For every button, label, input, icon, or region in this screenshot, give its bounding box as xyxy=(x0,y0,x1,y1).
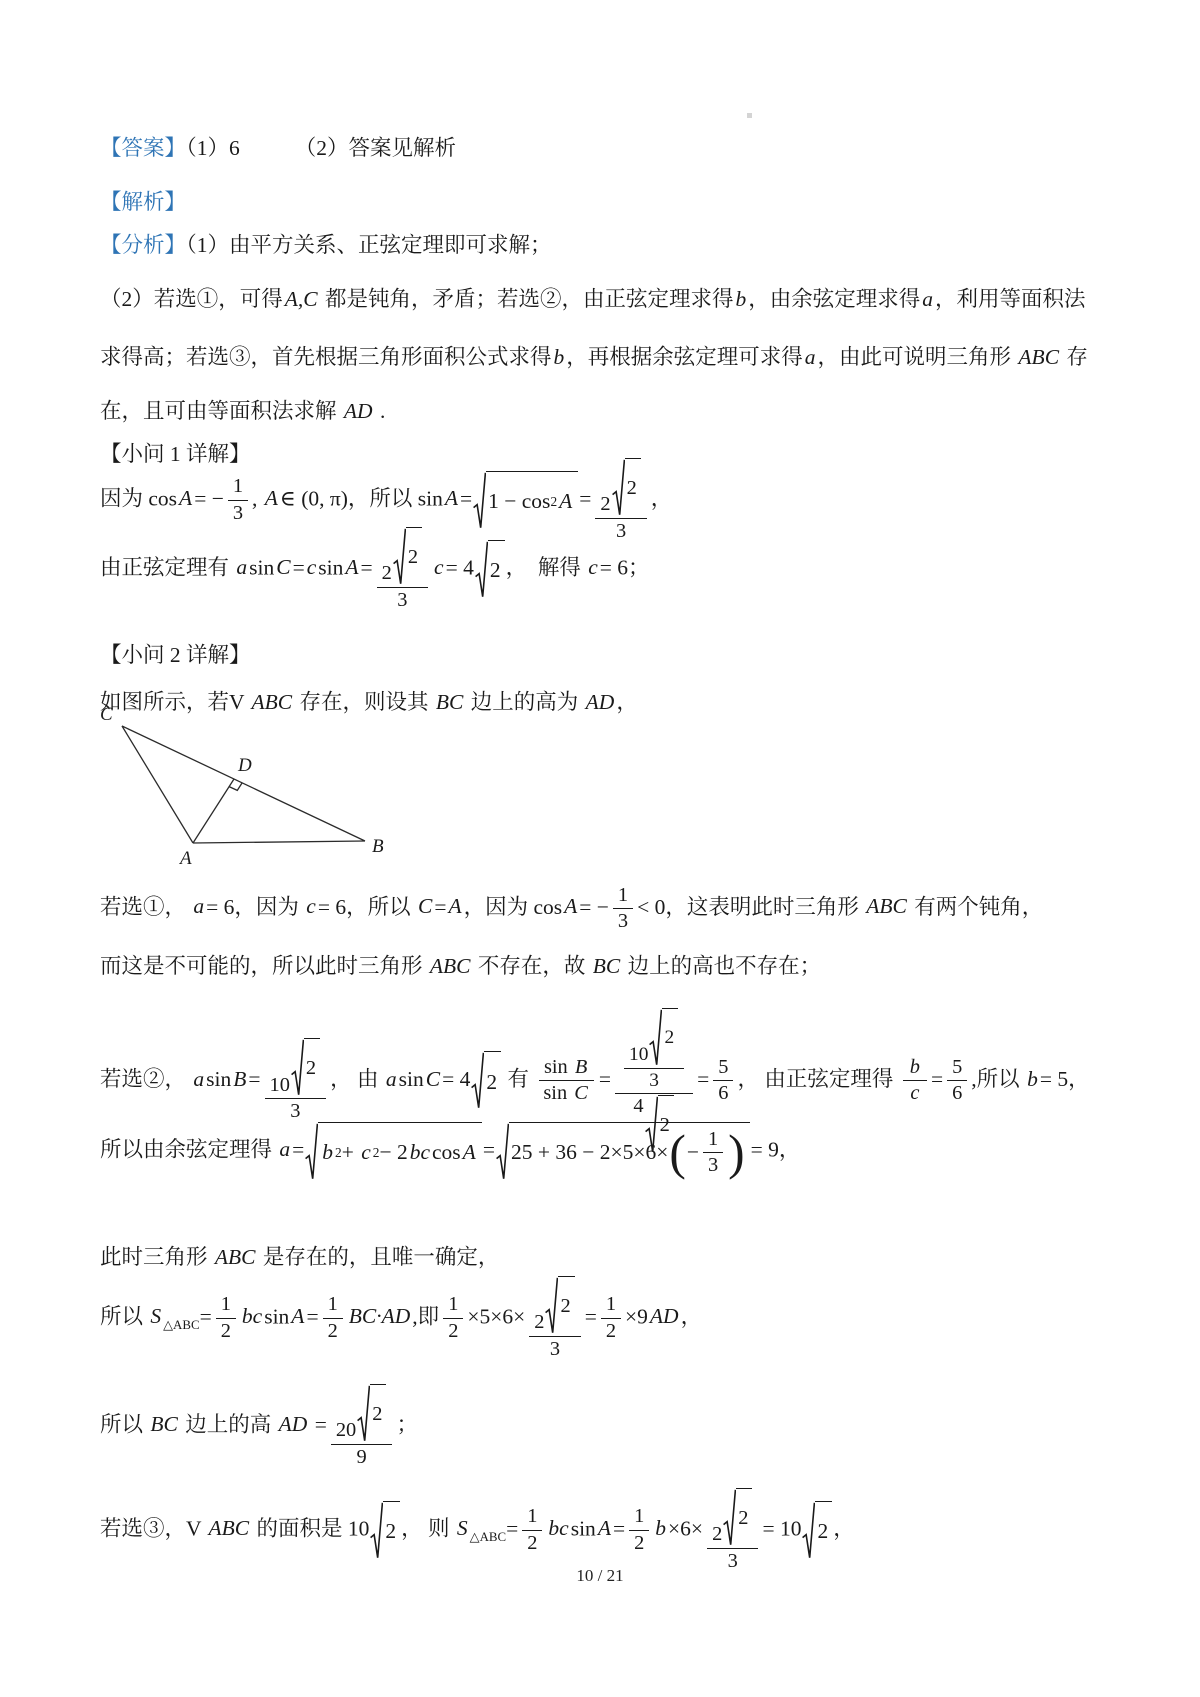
big-paren: ) xyxy=(728,1133,744,1173)
numerator: 22 xyxy=(707,1488,758,1549)
numerator: 22 xyxy=(529,1276,580,1337)
option3-line: 若选③，V ABC 的面积是 102， 则 S△ABC=12bcsinA=12b… xyxy=(100,1488,855,1574)
side-CB xyxy=(122,726,365,841)
text-run: ，再根据余弦定理可求得 xyxy=(566,345,803,369)
fraction: sin Bsin C xyxy=(538,1056,595,1106)
denominator: c xyxy=(903,1081,926,1105)
square-root: 2 xyxy=(723,1488,752,1547)
exists-line: 此时三角形 ABC 是存在的，且唯一确定， xyxy=(100,1243,499,1272)
text-run: ×5×6× xyxy=(467,1304,525,1328)
math-variable: S xyxy=(455,1516,470,1540)
text-run: 3 xyxy=(550,1338,560,1361)
math-variable: C xyxy=(274,555,292,579)
fraction: 223 xyxy=(377,527,428,613)
text-run: ； xyxy=(396,1412,418,1436)
radical-sign xyxy=(545,1276,558,1335)
radical-sign xyxy=(291,1038,304,1097)
math-variable: AD xyxy=(648,1304,681,1328)
text-run: ,即 xyxy=(412,1304,439,1328)
denominator: 9 xyxy=(352,1445,372,1469)
text-run: 2 xyxy=(372,1403,382,1426)
section-label: 【答案】 xyxy=(100,136,186,160)
text-run: 有 xyxy=(502,1067,534,1091)
denominator: 2 xyxy=(601,1319,621,1343)
radicand: 2 xyxy=(383,1501,400,1560)
text-run: = xyxy=(306,1304,318,1328)
text-run: 2 xyxy=(817,1517,828,1546)
square-root: 2 xyxy=(471,1051,501,1110)
text-run: = 5， xyxy=(1040,1067,1090,1091)
text-run: 存 xyxy=(1061,345,1088,369)
square-root: 2 xyxy=(357,1384,386,1443)
fraction: 12 xyxy=(216,1293,236,1343)
numerator: b xyxy=(903,1056,927,1081)
fraction: 56 xyxy=(947,1056,967,1106)
denominator: 3 xyxy=(644,1069,664,1092)
radical-sign xyxy=(370,1501,383,1560)
text-run: 是存在的，且唯一确定， xyxy=(258,1245,500,1269)
text-run: 25 + 36 − 2×5×6× xyxy=(511,1138,668,1167)
numerator: 1 xyxy=(703,1128,723,1153)
radical-sign xyxy=(357,1384,370,1443)
text-run: ×9 xyxy=(625,1304,648,1328)
text-run: 1 xyxy=(527,1505,537,1528)
text-run: sin xyxy=(543,1082,572,1105)
math-variable: a xyxy=(803,345,818,369)
cosine-rule-line: 所以由余弦定理得 a=b2+ c2− 2bccosA=25 + 36 − 2×5… xyxy=(100,1122,800,1181)
page-number: 10 / 21 xyxy=(0,1566,1200,1586)
math-variable: BC xyxy=(434,690,465,714)
text-run: 3 xyxy=(649,1070,659,1092)
fraction: 12 xyxy=(601,1293,621,1343)
text-run: 而这是不可能的，所以此时三角形 xyxy=(100,954,428,978)
text-run: 1 xyxy=(618,884,628,907)
text-run: ， xyxy=(616,690,638,714)
text-run: = xyxy=(585,1304,597,1328)
text-run: 2 xyxy=(664,1027,674,1049)
text-run: 边上的高为 xyxy=(465,690,583,714)
text-run: 3 xyxy=(618,910,628,933)
denominator: 3 xyxy=(703,1153,723,1177)
analysis-line-4: 在，且可由等面积法求解 AD . xyxy=(100,397,385,426)
math-variable: c xyxy=(304,894,318,918)
text-run: 5 xyxy=(952,1056,962,1079)
text-run: 10 xyxy=(270,1074,290,1097)
option1-line-1: 若选①， a= 6，因为 c= 6，所以 C=A，因为 cosA= −13< 0… xyxy=(100,884,1043,934)
text-run: 2 xyxy=(738,1507,748,1530)
section-label: 【解析】 xyxy=(100,190,186,214)
math-variable: C xyxy=(572,1082,590,1105)
text-run: 1 − cos xyxy=(488,487,550,516)
radical-sign xyxy=(473,471,486,530)
square-root: 2 xyxy=(802,1501,832,1560)
math-variable: ABC xyxy=(1016,345,1061,369)
denominator: 2 xyxy=(323,1319,343,1343)
radicand: 2 xyxy=(370,1384,386,1443)
math-variable: b xyxy=(653,1516,668,1540)
text-run: = xyxy=(293,555,305,579)
text-run: 2 xyxy=(448,1320,458,1343)
radicand: 2 xyxy=(662,1008,678,1067)
section-label: 【分析】 xyxy=(100,233,186,257)
text-run: = xyxy=(292,1137,304,1161)
text-run: 1 xyxy=(448,1293,458,1316)
text-run: − xyxy=(687,1138,699,1167)
math-variable: BC xyxy=(148,1412,179,1436)
analysis-line-3: 求得高；若选③，首先根据三角形面积公式求得b，再根据余弦定理可求得a，由此可说明… xyxy=(100,343,1088,372)
numerator: sin B xyxy=(539,1056,594,1081)
radicand: b2+ c2− 2bccosA xyxy=(318,1122,482,1181)
text-run: sin xyxy=(249,555,274,579)
text-run: 2 xyxy=(712,1523,722,1546)
vertex-label-A: A xyxy=(178,848,192,869)
math-variable: b xyxy=(908,1056,922,1079)
text-run: 若选②， xyxy=(100,1067,191,1091)
radical-sign xyxy=(305,1122,318,1181)
text-run: = − xyxy=(194,486,224,510)
text-run: 1 xyxy=(708,1128,718,1151)
numerator: 1023 xyxy=(615,1008,693,1094)
answer-line: 【答案】（1）6（2）答案见解析 xyxy=(100,134,456,163)
text-run: 2 xyxy=(627,477,637,500)
vertex-label-D: D xyxy=(237,755,252,776)
text-run: 1 xyxy=(606,1293,616,1316)
scan-artifact-dot xyxy=(747,113,752,118)
text-run: sin xyxy=(264,1304,289,1328)
analysis-line-1: 【分析】（1）由平方关系、正弦定理即可求解； xyxy=(100,231,552,260)
text-run: ∈ (0, π) xyxy=(280,486,348,510)
math-variable: BC xyxy=(591,954,622,978)
fraction: 13 xyxy=(228,475,248,525)
math-variable: A xyxy=(596,1516,613,1540)
math-variable: C xyxy=(424,1067,442,1091)
text-run: 在，且可由等面积法求解 xyxy=(100,399,342,423)
math-variable: BC·AD xyxy=(347,1304,413,1328)
numerator: 1 xyxy=(522,1505,542,1530)
text-run: = 4 xyxy=(446,555,474,579)
numerator: 1 xyxy=(629,1505,649,1530)
math-variable: AD xyxy=(342,399,375,423)
subscript: △ABC xyxy=(470,1530,506,1544)
text-run: 6 xyxy=(718,1082,728,1105)
square-root: 1 − cos2A xyxy=(473,471,578,530)
radical-sign xyxy=(612,458,625,517)
side-CA xyxy=(122,726,193,843)
text-run: = xyxy=(248,1067,260,1091)
text-run: sin xyxy=(318,555,343,579)
subscript: △ABC xyxy=(163,1318,199,1332)
text-run: ，因为 cos xyxy=(464,894,563,918)
text-run: 的面积是 10 xyxy=(251,1516,369,1540)
text-run: 2 xyxy=(600,493,610,516)
math-variable: A xyxy=(446,894,463,918)
text-run: 若选①， xyxy=(100,894,191,918)
vertex-label-C: C xyxy=(100,704,113,725)
math-variable: A xyxy=(177,486,194,510)
text-run: = 6，因为 xyxy=(206,894,304,918)
math-variable: a xyxy=(191,894,206,918)
text-run: 4 xyxy=(633,1095,643,1118)
superscript: 2 xyxy=(335,1144,342,1162)
square-root: 2 xyxy=(649,1008,678,1067)
square-root: 2 xyxy=(393,527,422,586)
text-run: = xyxy=(599,1067,611,1091)
side-AB xyxy=(193,841,365,843)
text-run: = 9， xyxy=(751,1137,801,1161)
radicand: 1 − cos2A xyxy=(486,471,578,530)
numerator: 22 xyxy=(595,458,646,519)
fraction: 12 xyxy=(522,1505,542,1555)
denominator: 6 xyxy=(713,1081,733,1105)
radicand: 2 xyxy=(488,540,505,599)
denominator: 3 xyxy=(613,909,633,933)
text-run: = xyxy=(200,1304,212,1328)
superscript: 2 xyxy=(550,493,557,511)
text-run: ， xyxy=(681,1304,703,1328)
numerator: 102 xyxy=(265,1038,327,1099)
text-run: = xyxy=(579,486,591,510)
text-run: 边上的高也不存在； xyxy=(622,954,821,978)
numerator: 1 xyxy=(323,1293,343,1318)
numerator: 102 xyxy=(624,1008,684,1069)
text-run: 2 xyxy=(328,1320,338,1343)
numerator: 202 xyxy=(331,1384,393,1445)
math-variable: c xyxy=(908,1082,921,1105)
text-run: 都是钝角，矛盾；若选②，由正弦定理求得 xyxy=(320,287,734,311)
denominator: 6 xyxy=(947,1081,967,1105)
analysis-header: 【解析】 xyxy=(100,188,186,217)
part2-title: 【小问 2 详解】 xyxy=(100,641,251,670)
math-variable: a xyxy=(234,555,249,579)
math-variable: A xyxy=(461,1138,478,1167)
text-run: 1 xyxy=(634,1505,644,1528)
math-variable: A xyxy=(289,1304,306,1328)
text-run: , xyxy=(252,486,263,510)
radical-sign xyxy=(475,540,488,599)
text-run: 9 xyxy=(357,1446,367,1469)
text-run: sin xyxy=(206,1067,231,1091)
math-variable: B xyxy=(231,1067,248,1091)
triangle-svg: C D A B xyxy=(92,698,412,873)
radicand: 2 xyxy=(815,1501,832,1560)
text-run: = xyxy=(931,1067,943,1091)
text-run: = xyxy=(460,486,472,510)
text-run: sin xyxy=(399,1067,424,1091)
fraction: 1023 xyxy=(265,1038,327,1124)
denominator: 3 xyxy=(228,501,248,525)
denominator: 3 xyxy=(285,1099,305,1123)
text-run: 6 xyxy=(952,1082,962,1105)
math-variable: b xyxy=(1025,1067,1040,1091)
text-run: ， 由 xyxy=(330,1067,384,1091)
text-run: ， 解得 xyxy=(506,555,587,579)
text-run: 有两个钝角， xyxy=(909,894,1043,918)
text-run: < 0，这表明此时三角形 xyxy=(637,894,864,918)
triangle-figure: C D A B xyxy=(92,698,412,873)
text-run: = − xyxy=(579,894,609,918)
height-result: 所以 BC 边上的高 AD =2029； xyxy=(100,1384,418,1470)
text-run: ，由余弦定理求得 xyxy=(748,287,920,311)
text-run: 所以 xyxy=(100,1412,148,1436)
fraction: 13 xyxy=(613,884,633,934)
text-run: 所以由余弦定理得 xyxy=(100,1137,277,1161)
text-run: = 4 xyxy=(442,1067,470,1091)
denominator: sin C xyxy=(538,1081,595,1105)
text-run: ，所以 sin xyxy=(348,486,443,510)
text-run: 2 xyxy=(560,1295,570,1318)
text-run: = xyxy=(434,894,446,918)
text-run: 2 xyxy=(382,562,392,585)
numerator: 1 xyxy=(613,884,633,909)
text-run: sin xyxy=(571,1516,596,1540)
text-run: ，由此可说明三角形 xyxy=(818,345,1017,369)
numerator: 1 xyxy=(443,1293,463,1318)
text-run: ， xyxy=(651,486,673,510)
math-variable: bc xyxy=(546,1516,570,1540)
text-run: 由正弦定理有 xyxy=(100,555,234,579)
math-variable: bc xyxy=(240,1304,264,1328)
math-variable: a xyxy=(920,287,935,311)
fraction: 223 xyxy=(707,1488,758,1574)
fraction: 13 xyxy=(703,1128,723,1178)
math-variable: b xyxy=(552,345,567,369)
denominator: 2 xyxy=(443,1319,463,1343)
text-run: 1 xyxy=(328,1293,338,1316)
math-variable: b xyxy=(320,1138,335,1167)
text-run: （1）由平方关系、正弦定理即可求解； xyxy=(186,233,552,257)
text-run: 3 xyxy=(397,589,407,612)
math-variable: C xyxy=(416,894,434,918)
text-run: 求得高；若选③，首先根据三角形面积公式求得 xyxy=(100,345,552,369)
text-run: 2 xyxy=(486,1068,497,1097)
radicand: 2 xyxy=(736,1488,752,1547)
fraction: 12 xyxy=(629,1505,649,1555)
math-variable: B xyxy=(573,1056,589,1079)
square-root: 2 xyxy=(545,1276,574,1335)
denominator: 2 xyxy=(216,1319,236,1343)
math-variable: AD xyxy=(277,1412,310,1436)
math-variable: A,C xyxy=(283,287,320,311)
math-variable: S xyxy=(148,1304,163,1328)
text-run: 2 xyxy=(527,1532,537,1555)
text-run: （1）6 xyxy=(186,136,240,160)
text-run: = xyxy=(697,1067,709,1091)
fraction: 12 xyxy=(323,1293,343,1343)
text-run: = 6； xyxy=(600,555,650,579)
text-run: 2 xyxy=(606,1320,616,1343)
text-run: 边上的高 xyxy=(180,1412,277,1436)
text-run: 因为 cos xyxy=(100,486,177,510)
radicand: 2 xyxy=(558,1276,574,1335)
text-run: 2 xyxy=(221,1320,231,1343)
text-run: 10 xyxy=(629,1044,648,1066)
text-run: 3 xyxy=(290,1100,300,1123)
square-root: 2 xyxy=(291,1038,320,1097)
math-variable: ABC xyxy=(864,894,909,918)
radicand: 2 xyxy=(406,527,422,586)
math-variable: a xyxy=(384,1067,399,1091)
denominator: 2 xyxy=(522,1531,542,1555)
radical-sign xyxy=(649,1008,662,1067)
math-variable: A xyxy=(557,487,574,516)
text-run: ，利用等面积法 xyxy=(935,287,1086,311)
fraction: 2029 xyxy=(331,1384,393,1470)
text-run: 2 xyxy=(634,1532,644,1555)
option1-line-2: 而这是不可能的，所以此时三角形 ABC 不存在，故 BC 边上的高也不存在； xyxy=(100,952,821,981)
text-run: = xyxy=(613,1516,625,1540)
math-variable: a xyxy=(191,1067,206,1091)
text-run: − 2 xyxy=(379,1138,407,1167)
vertex-label-B: B xyxy=(372,836,384,857)
math-variable: c xyxy=(359,1138,373,1167)
math-variable: bc xyxy=(408,1138,432,1167)
altitude-AD xyxy=(193,779,234,843)
text-run: 3 xyxy=(708,1154,718,1177)
math-variable: A xyxy=(443,486,460,510)
radical-sign xyxy=(496,1122,509,1181)
radicand: 2 xyxy=(484,1051,501,1110)
text-run: 3 xyxy=(233,502,243,525)
text-run: 若选③，V xyxy=(100,1516,207,1540)
denominator: 3 xyxy=(392,588,412,612)
text-run: 5 xyxy=(718,1056,728,1079)
math-variable: ABC xyxy=(428,954,473,978)
denominator: 3 xyxy=(545,1337,565,1361)
denominator: 2 xyxy=(629,1531,649,1555)
radical-sign xyxy=(802,1501,815,1560)
square-root: 2 xyxy=(370,1501,400,1560)
text-run: ， xyxy=(833,1516,855,1540)
math-variable: A xyxy=(562,894,579,918)
square-root: 25 + 36 − 2×5×6×(−13) xyxy=(496,1122,750,1181)
text-run: 2 xyxy=(306,1057,316,1080)
text-run: sin xyxy=(544,1056,573,1079)
radicand: 2 xyxy=(625,458,641,517)
math-variable: ABC xyxy=(213,1245,258,1269)
math-variable: A xyxy=(343,555,360,579)
text-run: 【小问 2 详解】 xyxy=(100,643,251,667)
text-run: = xyxy=(309,1412,327,1436)
math-variable: A xyxy=(263,486,280,510)
text-run: cos xyxy=(432,1138,461,1167)
radical-sign xyxy=(393,527,406,586)
numerator: 1 xyxy=(601,1293,621,1318)
text-run: （2）答案见解析 xyxy=(295,136,456,160)
text-run: 20 xyxy=(336,1419,356,1442)
text-run: 此时三角形 xyxy=(100,1245,213,1269)
math-variable: a xyxy=(277,1137,292,1161)
math-variable: b xyxy=(734,287,749,311)
square-root: 2 xyxy=(612,458,641,517)
square-root: 2 xyxy=(475,540,505,599)
text-run: 不存在，故 xyxy=(473,954,591,978)
square-root: b2+ c2− 2bccosA xyxy=(305,1122,482,1181)
text-run: = xyxy=(361,555,373,579)
text-run: 2 xyxy=(490,556,501,585)
text-run: ， 则 xyxy=(401,1516,455,1540)
math-variable: ABC xyxy=(207,1516,252,1540)
text-run: 所以 xyxy=(100,1304,148,1328)
big-paren: ( xyxy=(669,1133,685,1173)
numerator: 5 xyxy=(947,1056,967,1081)
text-run: ,所以 xyxy=(971,1067,1025,1091)
math-variable: AD xyxy=(584,690,617,714)
text-run: 2 xyxy=(534,1311,544,1334)
fraction: bc xyxy=(903,1056,927,1106)
part1-formula-2: 由正弦定理有 asinC=csinA=223c= 42， 解得 c= 6； xyxy=(100,527,650,613)
document-page: 【答案】（1）6（2）答案见解析 【解析】 【分析】（1）由平方关系、正弦定理即… xyxy=(0,0,1200,1697)
text-run: = 10 xyxy=(762,1516,801,1540)
